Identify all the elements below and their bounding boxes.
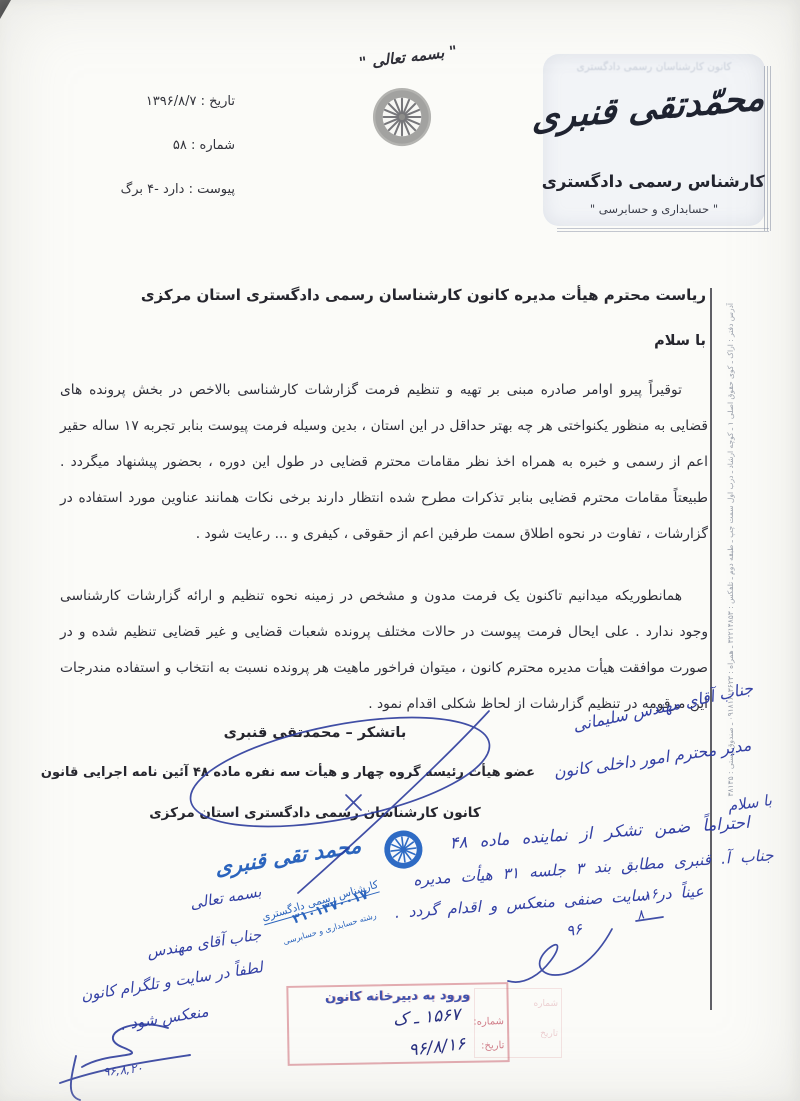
- signature-block: باتشکر – محمدتقی قنبری عضو هیأت رئیسه گر…: [95, 725, 535, 821]
- signature-role-line: عضو هیأت رئیسه گروه چهار و هیأت سه نفره …: [95, 765, 535, 780]
- letterhead-expert-name: محمّدتقی قنبری: [543, 78, 766, 138]
- annotation-left-line4: منعکس شود .: [83, 1002, 209, 1039]
- annotation-right-date-year: ۹۶: [565, 920, 584, 941]
- entry-stamp-ghost-date-label: تاریخ: [540, 1029, 558, 1039]
- annotation-right-date-month: ۸: [635, 907, 645, 923]
- manager-signature-stroke: [508, 929, 612, 982]
- sunburst-seal-icon: [371, 86, 433, 148]
- meta-number-label: شماره :: [191, 138, 235, 153]
- body-paragraph-2: همانطوریکه میدانیم تاکنون یک فرمت مدون و…: [60, 578, 708, 722]
- entry-stamp-ghost-impression: شماره تاریخ: [474, 988, 562, 1058]
- besmellah-text: " بسمه تعالی ": [347, 41, 468, 73]
- meta-date-label: تاریخ :: [201, 94, 235, 109]
- body-paragraph-1: توقیراً پیرو اوامر صادره مبنی بر تهیه و …: [60, 372, 708, 552]
- entry-stamp-number-value: ۱۵۶۷ ـ ک: [393, 1005, 462, 1031]
- annotation-right-line6: عیناً در سایت صنفی منعکس و اقدام گردد .: [424, 882, 705, 919]
- letterhead-card: کانون کارشناسان رسمی دادگستری محمّدتقی ق…: [543, 54, 765, 226]
- meta-date-value: ۱۳۹۶/۸/۷: [146, 94, 197, 109]
- signature-organization-line: کانون کارشناسان رسمی دادگستری استان مرکز…: [95, 805, 535, 821]
- letterhead-expert-specialty: " حسابداری و حسابرسی ": [543, 202, 765, 216]
- meta-number-value: ۵۸: [173, 138, 187, 153]
- letter-meta-block: تاریخ : ۱۳۹۶/۸/۷ شماره : ۵۸ پیوست : دارد…: [55, 94, 235, 226]
- letter-body: توقیراً پیرو اوامر صادره مبنی بر تهیه و …: [60, 372, 708, 748]
- letterhead-faint-header: کانون کارشناسان رسمی دادگستری: [543, 61, 765, 73]
- entry-stamp-ghost-number-label: شماره: [533, 999, 558, 1009]
- meta-attachment: پیوست : دارد -۴ برگ: [55, 182, 235, 197]
- annotation-left-line3: لطفاً در سایت و تلگرام کانون: [46, 958, 264, 1010]
- recipient-line: ریاست محترم هیأت مدیره کانون کارشناسان ر…: [60, 286, 706, 304]
- expert-stamp-name: محمد تقی قنبری: [201, 831, 376, 883]
- salutation-line: با سلام: [60, 333, 706, 349]
- meta-attachment-value: دارد -۴ برگ: [121, 182, 185, 197]
- margin-rule-divider: [710, 288, 712, 1010]
- meta-date: تاریخ : ۱۳۹۶/۸/۷: [55, 94, 235, 109]
- scan-corner-artifact: [0, 0, 11, 19]
- signature-thanks-line: باتشکر – محمدتقی قنبری: [95, 725, 535, 741]
- meta-number: شماره : ۵۸: [55, 138, 235, 153]
- annotation-left-date: ۹۶,۸,۲۰: [102, 1061, 143, 1079]
- letterhead-emblem-icon: [371, 86, 433, 152]
- scanned-letter-page: تاریخ : ۱۳۹۶/۸/۷ شماره : ۵۸ پیوست : دارد…: [0, 0, 800, 1101]
- letterhead-expert-title: کارشناس رسمی دادگستری: [543, 172, 765, 191]
- meta-attachment-label: پیوست :: [189, 182, 235, 197]
- entry-stamp-date-value: ۹۶/۸/۱۶: [407, 1034, 466, 1061]
